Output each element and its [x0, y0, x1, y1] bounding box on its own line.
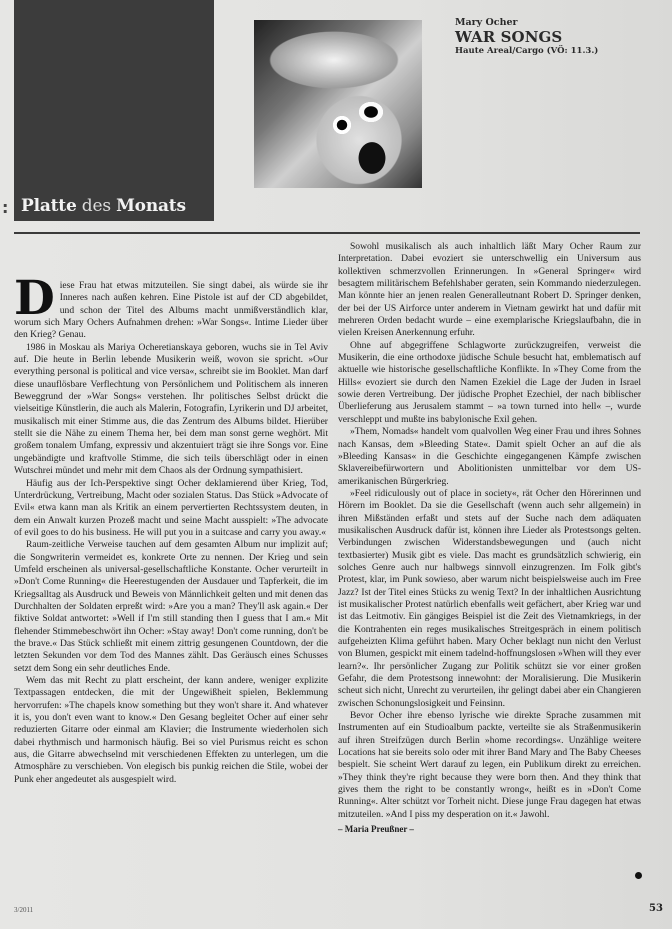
article-column-left: Diese Frau hat etwas mitzuteilen. Sie si…: [14, 280, 328, 786]
article-paragraph: Raum-zeitliche Verweise tauchen auf dem …: [14, 539, 328, 675]
magazine-page: : Platte des Monats Mary Ocher WAR SONGS…: [0, 0, 672, 929]
section-colon-marker: :: [2, 198, 8, 217]
header-divider: [14, 232, 640, 234]
article-paragraph: Bevor Ocher ihre ebenso lyrische wie dir…: [338, 710, 641, 821]
album-cover-image: [254, 20, 422, 188]
article-paragraph: »Them, Nomads« handelt vom qualvollen We…: [338, 426, 641, 488]
article-paragraph: Ohne auf abgegriffene Schlagworte zurück…: [338, 340, 641, 426]
end-of-article-bullet-icon: [635, 872, 642, 879]
page-number: 53: [649, 903, 663, 914]
release-label: Haute Areal/Cargo (VÖ: 11.3.): [455, 46, 598, 57]
article-paragraph: Wem das mit Recht zu platt erscheint, de…: [14, 675, 328, 786]
author-byline: – Maria Preußner –: [338, 823, 641, 835]
section-title: Platte des Monats: [21, 196, 186, 216]
drop-cap: D: [14, 281, 55, 317]
article-paragraph: »Feel ridiculously out of place in socie…: [338, 488, 641, 710]
release-info: Mary Ocher WAR SONGS Haute Areal/Cargo (…: [455, 17, 598, 57]
section-title-des: des: [77, 196, 116, 216]
release-title: WAR SONGS: [455, 29, 598, 46]
article-paragraph: 1986 in Moskau als Mariya Ocheretianskay…: [14, 342, 328, 478]
article-paragraph: Sowohl musikalisch als auch inhaltlich l…: [338, 241, 641, 340]
section-title-platte: Platte: [21, 196, 77, 216]
article-paragraph: Diese Frau hat etwas mitzuteilen. Sie si…: [14, 280, 328, 342]
article-paragraph: Häufig aus der Ich-Perspektive singt Och…: [14, 478, 328, 540]
article-column-right: Sowohl musikalisch als auch inhaltlich l…: [338, 241, 641, 836]
section-header-block: [14, 0, 214, 221]
section-title-monats: Monats: [116, 196, 186, 216]
issue-number: 3/2011: [14, 906, 33, 914]
